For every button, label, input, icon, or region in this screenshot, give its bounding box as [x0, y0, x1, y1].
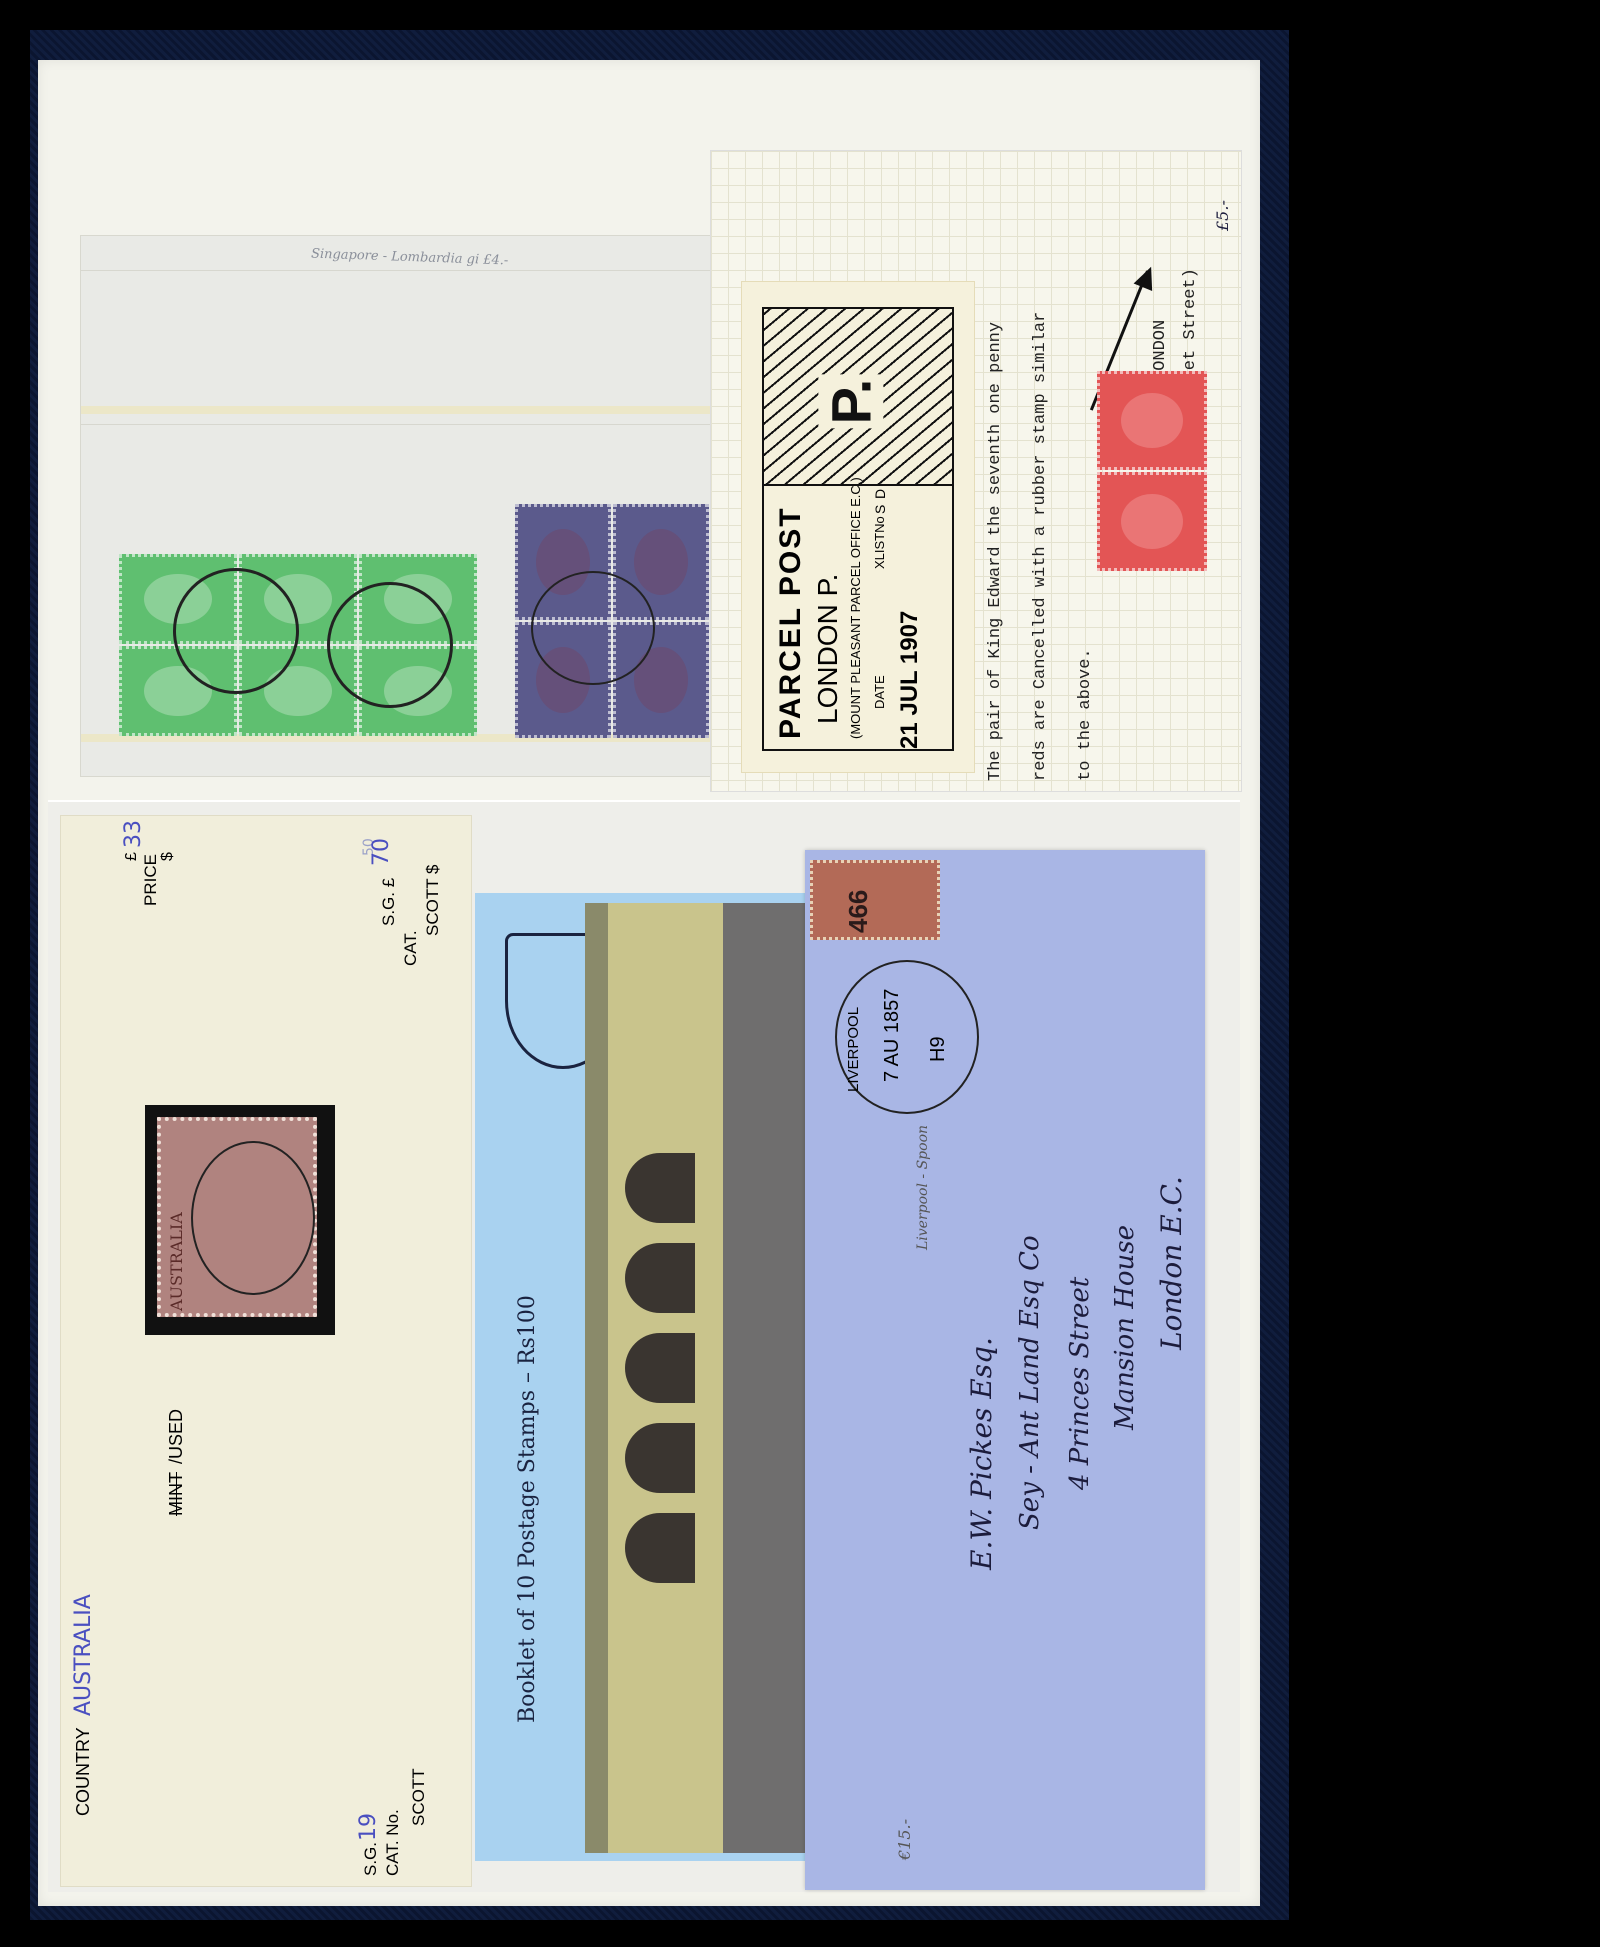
address-line-1: E.W. Pickes Esq. — [965, 1337, 998, 1570]
big-letter: P. — [818, 375, 883, 429]
label-office: LONDON P. — [812, 574, 844, 724]
address-line-3: 4 Princes Street — [1065, 1277, 1095, 1490]
postmark — [191, 1141, 315, 1295]
sg-value: 19 — [356, 1813, 381, 1841]
price-note: £5.- — [1213, 200, 1232, 231]
cds-town: LIVERPOOL — [845, 1007, 862, 1092]
graph-paper-card: P. PARCEL POST LONDON P. (MOUNT PLEASANT… — [710, 150, 1242, 792]
penny-red-stamp: 466 — [810, 860, 940, 940]
cds-code: H9 — [927, 1036, 950, 1062]
parcel-post-label: P. PARCEL POST LONDON P. (MOUNT PLEASANT… — [741, 281, 975, 773]
cds-postmark: LIVERPOOL 7 AU 1857 H9 — [835, 960, 979, 1114]
address-line-4: Mansion House — [1110, 1225, 1140, 1430]
price-dollar: $ — [159, 852, 177, 861]
label-col-d: D — [872, 489, 888, 499]
stamp — [1097, 371, 1207, 470]
address-line-5: London E.C. — [1155, 1176, 1188, 1350]
cover-price-note: €15.- — [895, 1819, 914, 1860]
booklet-title: Booklet of 10 Postage Stamps – Rs100 — [515, 1295, 540, 1723]
label-title: PARCEL POST — [774, 506, 808, 739]
australia-stamp-mount: AUSTRALIA — [145, 1105, 335, 1335]
price-value: 33 — [121, 820, 146, 848]
cat-sg-value: 70 — [369, 838, 394, 866]
cat-sg-label: S.G. £ — [379, 878, 399, 926]
cat-no-label: CAT. No. — [383, 1809, 403, 1876]
hatched-panel: P. — [764, 309, 952, 486]
numeral-cancel: 466 — [843, 890, 874, 933]
stamp — [1097, 472, 1207, 571]
condition-mint: MINT — [166, 1472, 187, 1516]
approval-card: COUNTRY AUSTRALIA MINT /USED PRICE £ $ 3… — [60, 815, 472, 1887]
stamp-inscription: AUSTRALIA — [167, 1212, 186, 1311]
label-frame: P. PARCEL POST LONDON P. (MOUNT PLEASANT… — [762, 307, 954, 751]
australia-stamp: AUSTRALIA — [157, 1117, 317, 1317]
post-office-building-illustration — [585, 903, 815, 1853]
postmark — [531, 571, 655, 685]
label-subtitle: (MOUNT PLEASANT PARCEL OFFICE E.C.) — [848, 477, 863, 739]
postmark — [173, 568, 299, 694]
label-date-value: 21 JUL 1907 — [896, 611, 924, 749]
sg-label: S.G. — [361, 1842, 381, 1876]
penny-red-pair — [1097, 371, 1207, 571]
cat-label: CAT. — [401, 930, 421, 966]
cat-scott-label: SCOTT $ — [423, 865, 443, 936]
typed-line-3: to the above. — [1076, 648, 1095, 781]
pencil-note: Liverpool - Spoon — [915, 1125, 931, 1250]
cds-date: 7 AU 1857 — [881, 989, 904, 1082]
address-line-2: Sey - Ant Land Esq Co — [1015, 1235, 1045, 1530]
stock-card: Singapore - Lombardia gi £4.- — [80, 235, 722, 777]
pencil-note: Singapore - Lombardia gi £4.- — [311, 247, 509, 269]
scott-label: SCOTT — [409, 1768, 429, 1826]
country-label: COUNTRY — [73, 1727, 94, 1816]
arrow-icon — [1134, 263, 1161, 291]
label-date-label: DATE — [872, 675, 887, 709]
condition-used: /USED — [166, 1409, 187, 1464]
typed-line-2: reds are Cancelled with a rubber stamp s… — [1031, 312, 1050, 781]
price-label: PRICE — [141, 854, 161, 906]
typed-line-1: The pair of King Edward the seventh one … — [986, 322, 1005, 781]
label-col-s: S — [872, 505, 888, 514]
label-list-no: XLISTNo — [872, 516, 887, 569]
country-value: AUSTRALIA — [71, 1594, 96, 1716]
booklet-cover: Booklet of 10 Postage Stamps – Rs100 — [475, 893, 815, 1861]
liverpool-cover: 466 LIVERPOOL 7 AU 1857 H9 Liverpool - S… — [805, 850, 1205, 1890]
price-pound: £ — [123, 852, 141, 861]
postmark — [327, 582, 453, 708]
